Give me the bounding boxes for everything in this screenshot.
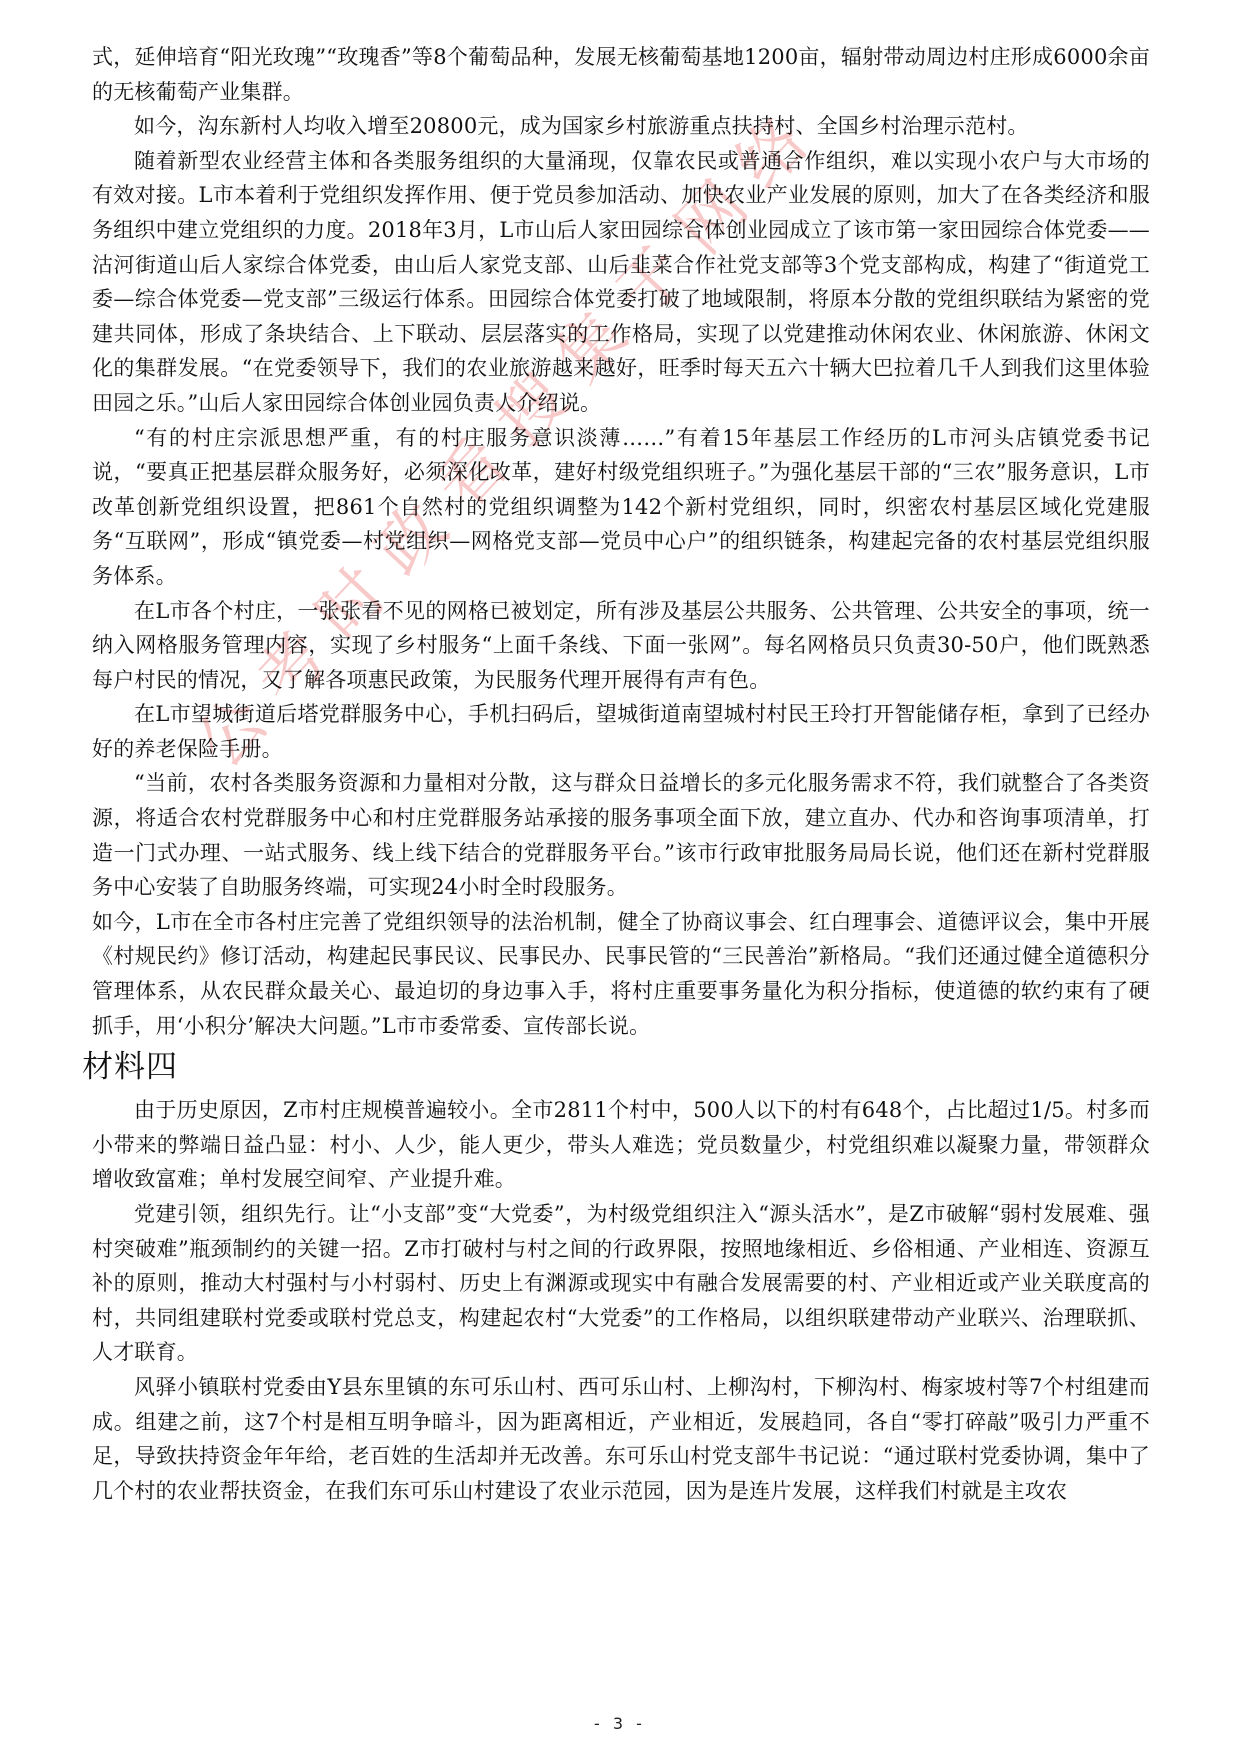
page-number: - 3 -	[0, 1714, 1240, 1733]
paragraph: 如今，沟东新村人均收入增至20800元，成为国家乡村旅游重点扶持村、全国乡村治理…	[92, 109, 1150, 144]
paragraph: 在L市各个村庄，一张张看不见的网格已被划定，所有涉及基层公共服务、公共管理、公共…	[92, 594, 1150, 698]
section-heading: 材料四	[82, 1045, 1150, 1089]
paragraph: 如今，L市在全市各村庄完善了党组织领导的法治机制，健全了协商议事会、红白理事会、…	[92, 905, 1150, 1043]
paragraph: “有的村庄宗派思想严重，有的村庄服务意识淡薄……”有着15年基层工作经历的L市河…	[92, 421, 1150, 594]
paragraph: 风驿小镇联村党委由Y县东里镇的东可乐山村、西可乐山村、上柳沟村，下柳沟村、梅家坡…	[92, 1370, 1150, 1508]
paragraph: 党建引领，组织先行。让“小支部”变“大党委”，为村级党组织注入“源头活水”，是Z…	[92, 1197, 1150, 1370]
paragraph: 在L市望城街道后塔党群服务中心，手机扫码后，望城街道南望城村村民王玲打开智能储存…	[92, 697, 1150, 766]
paragraph: 式，延伸培育“阳光玫瑰”“玫瑰香”等8个葡萄品种，发展无核葡萄基地1200亩，辐…	[92, 40, 1150, 109]
paragraph: 由于历史原因，Z市村庄规模普遍较小。全市2811个村中，500人以下的村有648…	[92, 1093, 1150, 1197]
document-page: 式，延伸培育“阳光玫瑰”“玫瑰香”等8个葡萄品种，发展无核葡萄基地1200亩，辐…	[92, 40, 1150, 1508]
paragraph: “当前，农村各类服务资源和力量相对分散，这与群众日益增长的多元化服务需求不符，我…	[92, 766, 1150, 904]
paragraph: 随着新型农业经营主体和各类服务组织的大量涌现，仅靠农民或普通合作组织，难以实现小…	[92, 144, 1150, 421]
